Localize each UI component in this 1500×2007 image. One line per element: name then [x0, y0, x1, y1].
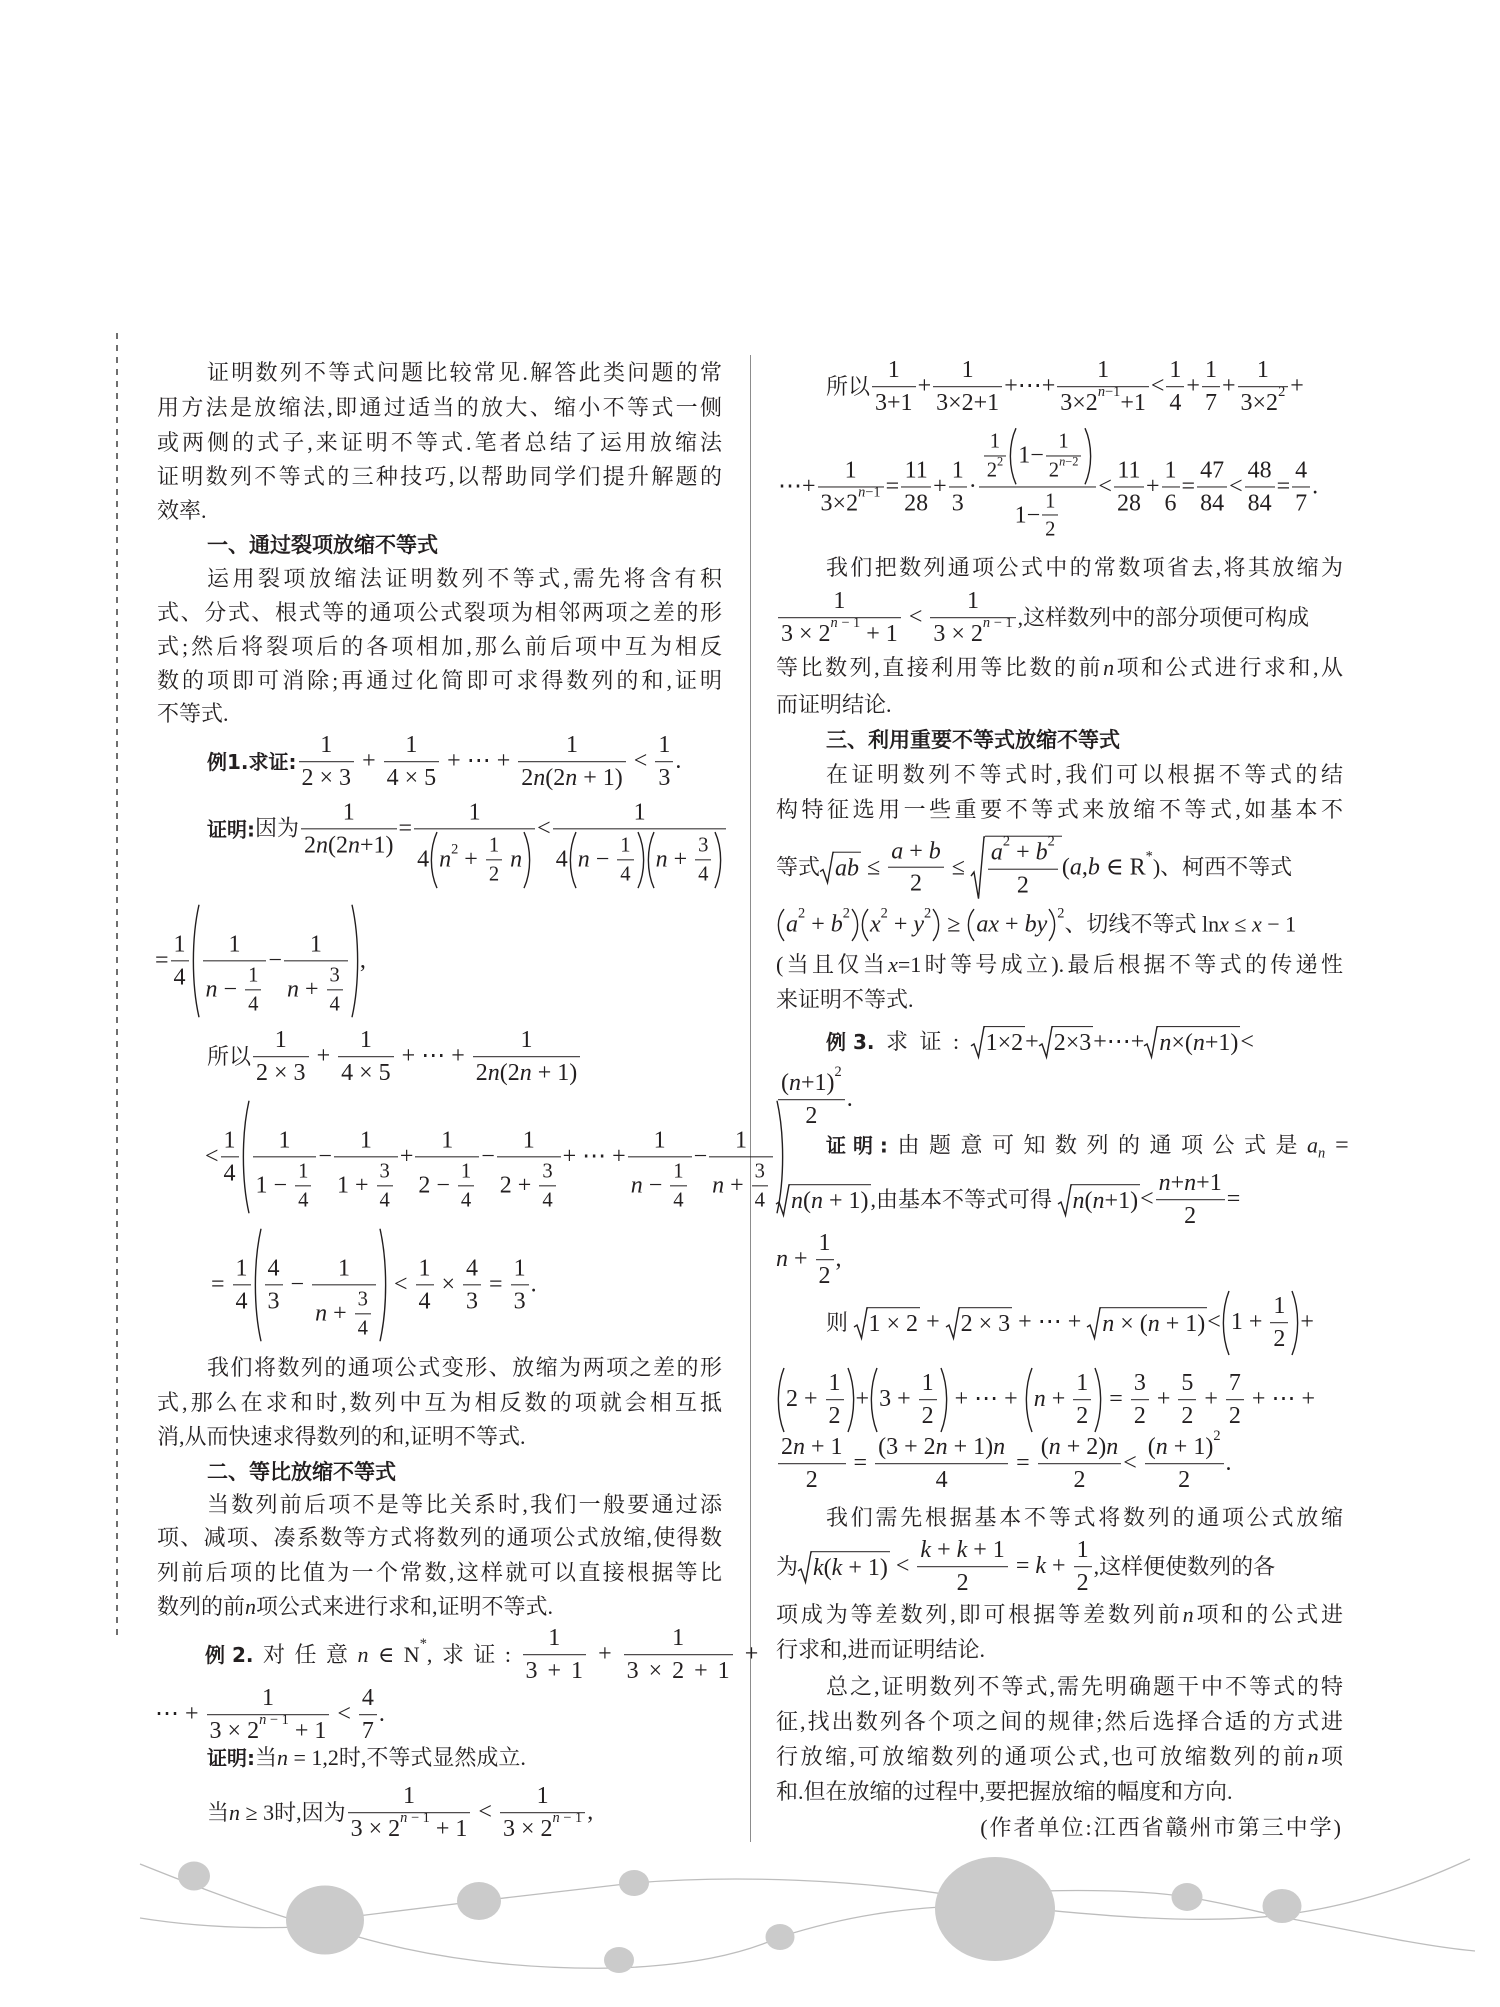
fraction: 4784	[1197, 456, 1227, 518]
fraction: 34	[355, 1287, 371, 1341]
example2-statement: ⋯ + 13 × 2n − 1 + 1 < 47.	[155, 1684, 385, 1746]
math-text: n +	[712, 1171, 750, 1200]
fraction: 34	[377, 1159, 393, 1213]
math-text: 1	[952, 456, 964, 485]
fraction-denominator: 4	[416, 1285, 434, 1316]
math-text: n	[504, 845, 522, 874]
math-text: 3+1	[875, 389, 913, 418]
radicand: 1×2	[985, 1026, 1026, 1058]
math-text: +	[856, 1386, 870, 1415]
math-text: 1	[224, 1126, 236, 1155]
fraction-numerator: 3	[1131, 1369, 1149, 1400]
left-paren-icon	[429, 831, 438, 889]
math-text: 所以	[826, 374, 870, 400]
superscript: n − 1	[831, 616, 861, 630]
math-text: +	[311, 1043, 337, 1072]
math-text: a	[786, 911, 798, 940]
fraction-denominator: 2	[1074, 1567, 1092, 1598]
fraction-denominator: 1 + 34	[334, 1157, 398, 1213]
conclusion-line: 征,找出数列各个项之间的规律;然后选择合适的方式进	[776, 1705, 1343, 1739]
math-text: n +	[656, 845, 694, 874]
paren-content: a2 + b2	[785, 909, 851, 942]
radical-sign-icon	[946, 1307, 960, 1339]
fraction-denominator: 4	[752, 1186, 768, 1213]
fraction-denominator: 3 × 2 + 1	[624, 1655, 733, 1686]
fraction-numerator: n+n+1	[1156, 1169, 1225, 1200]
fraction: 12 − 14	[415, 1126, 479, 1212]
math-text: 2	[1077, 1569, 1089, 1598]
fraction-numerator: 4	[265, 1254, 283, 1285]
left-paren-icon	[241, 1099, 250, 1214]
fraction: 1n + 34	[709, 1126, 773, 1212]
right-paren-icon	[847, 1367, 856, 1433]
radical-sign-icon	[820, 852, 834, 884]
fraction-denominator: 4n − 14n + 34	[553, 829, 727, 889]
fraction-numerator: 1	[1042, 489, 1058, 516]
math-text: +	[918, 373, 932, 402]
math-text: 1	[278, 1126, 290, 1155]
math-text: n×(n+1)	[1159, 1029, 1238, 1058]
fraction-numerator: 1	[348, 1782, 471, 1813]
math-text: 4	[298, 1188, 308, 1213]
bold-label: 证 明 :	[826, 1134, 888, 1158]
right-paren-icon	[851, 909, 860, 942]
math-text: 1	[962, 356, 974, 385]
fraction-denominator: 2n(2n + 1)	[473, 1057, 581, 1088]
math-text: +	[400, 1143, 414, 1172]
section-heading-1: 一、通过裂项放缩不等式	[157, 528, 722, 562]
math-text: 3	[466, 1287, 478, 1316]
math-text: = k +	[1010, 1553, 1072, 1582]
math-text: ≤	[861, 854, 886, 883]
fraction-numerator: 3	[752, 1159, 768, 1186]
math-text: ,	[836, 1246, 842, 1275]
math-text: −	[694, 1143, 708, 1172]
fraction: 14	[245, 963, 261, 1017]
radicand: 1 × 2	[868, 1307, 921, 1339]
math-text: 1	[338, 1254, 350, 1283]
math-text: 1	[829, 1369, 841, 1398]
intro-line: 效率.	[157, 494, 722, 528]
math-text: 当n = 1,2时,不等式显然成立.	[255, 1745, 526, 1771]
fraction-numerator: 1	[253, 1026, 309, 1057]
math-text: +	[1186, 373, 1200, 402]
math-text: 3×2	[1060, 389, 1098, 418]
left-paren-icon	[568, 831, 577, 889]
math-text: 1	[275, 1026, 287, 1055]
math-text: <	[1240, 1028, 1254, 1057]
example3-statement: (n+1)22.	[776, 1069, 853, 1131]
bold-label: 证明:	[207, 817, 255, 841]
math-text: n +	[1034, 1386, 1072, 1415]
math-text: (n+1)	[781, 1069, 835, 1098]
math-text: 1	[1257, 356, 1269, 385]
superscript: n − 1	[983, 616, 1013, 630]
fraction-numerator: 1	[284, 930, 348, 961]
math-text: 1	[236, 1254, 248, 1283]
math-text: +	[1300, 1309, 1314, 1338]
math-text: n −	[206, 975, 244, 1004]
parenthesized-group: n + 12	[1024, 1367, 1104, 1433]
math-text: 1−	[1018, 442, 1044, 471]
left-paren-icon	[869, 1367, 878, 1433]
fraction-denominator: 3×2n−1+1	[1057, 387, 1149, 418]
math-text: 1	[1097, 356, 1109, 385]
fraction: 1n − 14	[203, 930, 267, 1016]
math-text: −	[318, 1143, 332, 1172]
fraction-denominator: 4	[245, 990, 261, 1017]
section3-math-line: 等式ab ≤ a + b2 ≤ a2 + b22(a,b ∈ R*)、柯西不等式	[776, 836, 1292, 901]
fraction-numerator: 4	[359, 1684, 377, 1715]
example3-statement: 例 3. 求 证 : 1×2+2×3+⋯+n×(n+1)<	[826, 1026, 1254, 1058]
fraction-numerator: 1	[415, 1126, 479, 1157]
decorative-bubble-vine-icon	[0, 1840, 1500, 2007]
fraction-denominator: 2	[826, 1400, 844, 1431]
example1-proof-step: <1411 − 14−11 + 34+12 − 14−12 + 34+ ⋯ +1…	[205, 1099, 785, 1214]
fraction-numerator: 3	[327, 963, 343, 990]
bold-label: 证明:	[207, 1746, 255, 1770]
fraction: 13×2n−1+1	[1057, 356, 1149, 418]
fraction-numerator: 48	[1245, 456, 1275, 487]
section1-line: 式;然后将裂项后的各项相加,那么前后项中互为相反	[157, 630, 722, 664]
math-text: 2	[1229, 1402, 1241, 1431]
math-text: 由 题 意 可 知 数 列 的 通 项 公 式 是 a	[888, 1133, 1318, 1159]
fraction-denominator: 7	[359, 1715, 377, 1746]
section3-line: 在证明数列不等式时,我们可以根据不等式的结	[776, 758, 1343, 792]
fraction: 12	[826, 1369, 844, 1431]
math-text: 4	[542, 1188, 552, 1213]
fraction: 12	[486, 833, 502, 887]
math-text: 7	[1229, 1369, 1241, 1398]
fraction: n+n+12	[1156, 1169, 1225, 1231]
fraction: 1221−12n−21−12	[979, 427, 1097, 542]
fraction: 1n + 34	[284, 930, 348, 1016]
fraction-numerator: (n + 2)n	[1038, 1433, 1122, 1464]
math-text: 2	[1045, 518, 1055, 543]
math-text: 3	[380, 1159, 390, 1184]
parenthesized-group: a2 + b2	[776, 909, 860, 942]
math-text: 11	[1117, 456, 1140, 485]
fraction-denominator: 4	[327, 990, 343, 1017]
math-text: + ⋯ +	[1012, 1309, 1087, 1338]
math-text: 1	[548, 1624, 560, 1653]
fraction-denominator: 2	[1226, 1400, 1244, 1431]
math-text: ,由基本不等式可得	[871, 1187, 1058, 1213]
fraction-denominator: 2	[1042, 516, 1058, 543]
math-text: 1	[523, 1126, 535, 1155]
square-root: n(n + 1)	[776, 1184, 871, 1216]
section2-line: 项、减项、凑系数等方式将数列的通项公式放缩,使得数	[157, 1521, 722, 1555]
radical-sign-icon	[798, 1551, 812, 1583]
fraction-numerator: (3 + 2n + 1)n	[875, 1433, 1008, 1464]
fraction-numerator: 1	[617, 833, 633, 860]
math-text: 3 + 1	[526, 1657, 584, 1686]
paren-content: 3 + 12	[878, 1367, 940, 1433]
math-text: 2×3	[1054, 1029, 1092, 1058]
math-text: 4	[461, 1188, 471, 1213]
math-text: 1	[967, 587, 979, 616]
fraction-denominator: 2n−2	[1046, 456, 1082, 483]
fraction-denominator: 28	[1114, 487, 1144, 518]
paren-content: n + 12	[1033, 1367, 1095, 1433]
fraction-numerator: 1	[1057, 356, 1149, 387]
math-text: 4	[236, 1287, 248, 1316]
math-text: + b	[1010, 839, 1048, 868]
fraction-denominator: 3	[949, 487, 967, 518]
fraction: 14	[1166, 356, 1184, 418]
fraction-denominator: 4	[695, 860, 711, 887]
fraction-numerator: 1	[207, 1684, 330, 1715]
remark2-line: 等比数列,直接利用等比数的前n项和公式进行求和,从	[776, 651, 1343, 685]
right-paren-icon	[523, 831, 532, 889]
math-text: 2n + 1	[781, 1433, 843, 1462]
math-text: ≥	[941, 911, 966, 940]
math-text: .	[847, 1086, 853, 1115]
section1-line: 式、分式、根式等的通项公式裂项为相邻两项之差的形	[157, 596, 722, 630]
fraction: 12	[816, 1229, 834, 1291]
math-text: +	[1025, 1028, 1039, 1057]
fraction-denominator: n + 34	[312, 1285, 376, 1341]
math-text: 3	[698, 833, 708, 858]
math-text: 2 −	[418, 1171, 456, 1200]
math-text: 3×2	[821, 489, 859, 518]
radicand: ab	[834, 852, 861, 884]
math-text: 1	[521, 1026, 533, 1055]
math-text: 4	[698, 862, 708, 887]
fraction: 13 + 1	[523, 1624, 587, 1686]
math-text: k(k + 1)	[813, 1554, 888, 1583]
fraction: 14	[670, 1159, 686, 1213]
math-text: 2	[1073, 1466, 1085, 1495]
math-text: 2 +	[500, 1171, 538, 1200]
example2-statement: 例 2. 对 任 意 n ∈ N*, 求 证 : 13 + 1 + 13 × 2…	[205, 1624, 758, 1686]
fraction-numerator: 1	[312, 1254, 376, 1285]
math-text: 1	[990, 429, 1000, 454]
fraction-denominator: 3×2n−1	[818, 487, 884, 518]
left-paren-icon	[1221, 1290, 1230, 1356]
math-text: +	[1198, 1386, 1224, 1415]
fraction: 13 × 2n − 1	[930, 587, 1015, 649]
section1-line: 不等式.	[157, 697, 722, 731]
fraction-numerator: 1	[338, 1026, 394, 1057]
math-text: +	[1151, 1386, 1177, 1415]
section1-line: 数的项即可消除;再通过化简即可求得数列的和,证明	[157, 664, 722, 698]
math-text: +	[1146, 473, 1160, 502]
math-text: +	[735, 1641, 759, 1670]
fraction-denominator: 2	[1270, 1323, 1288, 1354]
fraction-denominator: 2	[778, 1464, 846, 1495]
fraction-denominator: 28	[901, 487, 931, 518]
fraction-numerator: 3	[539, 1159, 555, 1186]
math-text: 3 × 2	[781, 620, 831, 649]
fraction: 14	[416, 1254, 434, 1316]
math-text: 4	[673, 1188, 683, 1213]
parenthesized-group: 2 + 12	[776, 1367, 856, 1433]
math-text: 1	[1205, 356, 1217, 385]
fraction: 13	[949, 456, 967, 518]
left-paren-icon	[776, 1367, 785, 1433]
fraction-numerator: 1	[414, 798, 535, 829]
fraction-numerator: 1	[171, 930, 189, 961]
radicand: 2 × 3	[960, 1307, 1013, 1339]
math-text: + 1	[289, 1717, 327, 1746]
math-text: 11	[905, 456, 928, 485]
math-text: + ⋯ +	[1246, 1386, 1315, 1415]
radicand: n(n + 1)	[790, 1184, 871, 1216]
math-text: + y	[888, 911, 924, 940]
section2-line: 数列的前n项公式来进行求和,证明不等式.	[157, 1590, 722, 1624]
parenthesized-group: n − 14	[568, 831, 646, 889]
fraction-numerator: 1	[233, 1254, 251, 1285]
math-text: +⋯+	[1093, 1028, 1144, 1057]
fraction-denominator: 4	[295, 1186, 311, 1213]
math-text: 3 +	[879, 1386, 917, 1415]
fraction-denominator: 22	[984, 456, 1007, 483]
math-text: 6	[1165, 489, 1177, 518]
math-text: 4	[419, 1287, 431, 1316]
fraction: 72	[1226, 1369, 1244, 1431]
fraction-numerator: 1	[1202, 356, 1220, 387]
math-text: =	[886, 473, 900, 502]
parenthesized-group: 43 − 1n + 34	[253, 1227, 388, 1342]
math-text: 1	[262, 1684, 274, 1713]
fraction-denominator: n + 34	[709, 1157, 773, 1213]
remark3-math-line: 为k(k + 1) < k + k + 12 = k + 12,这样便使数列的各	[776, 1536, 1275, 1598]
math-text: 1	[405, 731, 417, 760]
math-text: 2	[1273, 1325, 1285, 1354]
superscript: 2	[843, 907, 850, 921]
math-text: n +	[776, 1246, 814, 1275]
remark3-line: 项成为等差数列,即可根据等差数列前n项和的公式进	[776, 1598, 1343, 1632]
fraction: 43	[265, 1254, 283, 1316]
fraction-numerator: 1	[301, 798, 397, 829]
math-text: 1	[845, 456, 857, 485]
math-text: =	[1010, 1450, 1036, 1479]
math-text: 48	[1248, 456, 1272, 485]
fraction-numerator: 1	[299, 731, 355, 762]
fraction-numerator: 1	[1166, 356, 1184, 387]
fraction-denominator: 4	[617, 860, 633, 887]
fraction-denominator: 2	[1073, 1400, 1091, 1431]
math-text: 1	[1058, 429, 1068, 454]
math-text: .	[1226, 1450, 1232, 1479]
fraction-numerator: 1	[624, 1624, 733, 1655]
math-text: ⋯ +	[155, 1701, 205, 1730]
fraction-denominator: 3	[463, 1285, 481, 1316]
fraction: 4884	[1245, 456, 1275, 518]
section1-line: 运用裂项放缩法证明数列不等式,需先将含有积	[157, 562, 722, 596]
section3-line: (当且仅当x=1时等号成立).最后根据不等式的传递性	[776, 948, 1343, 982]
fraction: 12n(2n + 1)	[473, 1026, 581, 1088]
math-text: 2	[805, 1102, 817, 1131]
remark2-line: 而证明结论.	[776, 688, 1343, 722]
left-paren-icon	[1024, 1367, 1033, 1433]
left-paren-icon	[646, 831, 655, 889]
square-root: n(n+1)	[1058, 1184, 1141, 1216]
fraction-denominator: 3×22	[1238, 387, 1289, 418]
fraction-denominator: 2	[919, 1400, 937, 1431]
paren-content: ax + by	[975, 909, 1048, 942]
math-text: 4 × 5	[341, 1059, 391, 1088]
fraction: 12 × 3	[253, 1026, 309, 1088]
math-text: 则	[826, 1310, 854, 1336]
fraction-denominator: 84	[1245, 487, 1275, 518]
fraction-denominator: 4	[458, 1186, 474, 1213]
right-paren-icon	[1048, 909, 1057, 942]
intro-line: 或两侧的式子,来证明不等式.笔者总结了运用放缩法	[157, 426, 722, 460]
fraction: 2n + 12	[778, 1433, 846, 1495]
math-text: 1	[489, 833, 499, 858]
fraction: 12	[1270, 1292, 1288, 1354]
math-text: 1 +	[1231, 1309, 1269, 1338]
math-text: .	[379, 1701, 385, 1730]
remark1-line: 式,那么在求和时,数列中互为相反数的项就会相互抵	[157, 1386, 722, 1420]
example3-proof-step: n(n + 1),由基本不等式可得 n(n+1)<n+n+12=	[776, 1169, 1240, 1231]
math-text: 4	[174, 963, 186, 992]
math-text: + 1	[860, 620, 898, 649]
math-text: a + b	[891, 837, 941, 866]
math-text: <	[1207, 1309, 1221, 1338]
fraction-denominator: 4	[377, 1186, 393, 1213]
fraction: 43	[463, 1254, 481, 1316]
math-text: 3 × 2	[210, 1717, 260, 1746]
math-text: 1	[1273, 1292, 1285, 1321]
math-text: +	[1290, 373, 1304, 402]
math-text: <	[903, 604, 929, 633]
fraction: 1n − 14	[628, 1126, 692, 1212]
paren-content: n2 + 12 n	[438, 831, 523, 889]
remark1-line: 消,从而快速求得数列的和,证明不等式.	[157, 1420, 722, 1454]
fraction-denominator: 2	[988, 870, 1058, 901]
fraction-denominator: n − 14	[628, 1157, 692, 1213]
math-text: +	[1222, 373, 1236, 402]
math-text: n −	[631, 1171, 669, 1200]
fraction: 12	[1073, 1369, 1091, 1431]
conclusion-line: 和.但在放缩的过程中,要把握放缩的幅度和方向.	[776, 1775, 1343, 1809]
math-text: 1	[735, 1126, 747, 1155]
left-paren-icon	[860, 909, 869, 942]
fraction-denominator: 2	[1145, 1464, 1224, 1495]
fraction: a + b2	[888, 837, 944, 899]
superscript: *	[1146, 850, 1153, 864]
math-text: ·	[969, 473, 977, 502]
math-text: 1	[403, 1782, 415, 1811]
fraction: 12	[1042, 489, 1058, 543]
superscript: 2	[1048, 835, 1055, 849]
parenthesized-group: 1−12n−2	[1008, 427, 1093, 485]
math-text: 7	[362, 1717, 374, 1746]
superscript: 2	[835, 1066, 842, 1080]
fraction-numerator: 5	[1178, 1369, 1196, 1400]
math-text: 84	[1248, 489, 1272, 518]
example3-proof-step: 证 明 : 由 题 意 可 知 数 列 的 通 项 公 式 是 an =	[826, 1132, 1349, 1161]
left-paren-icon	[966, 909, 975, 942]
square-root: 1 × 2	[854, 1307, 921, 1339]
example2-proof-step: 当n ≥ 3时,因为13 × 2n − 1 + 1 < 13 × 2n − 1,	[207, 1782, 593, 1844]
math-text: +	[920, 1309, 946, 1338]
right-paren-icon	[637, 831, 646, 889]
math-text: 3 × 2 + 1	[627, 1657, 730, 1686]
math-text: 1 −	[256, 1171, 294, 1200]
math-text: 1	[1045, 489, 1055, 514]
section2-line: 当数列前后项不是等比关系时,我们一般要通过添	[157, 1488, 722, 1522]
example1-proof-step: 所以12 × 3 + 14 × 5 + ⋯ + 12n(2n + 1)	[207, 1026, 582, 1088]
fraction: (n + 1)22	[1145, 1433, 1224, 1495]
math-text: a	[991, 839, 1003, 868]
fraction-numerator: 1	[1074, 1536, 1092, 1567]
example1-proof-step: =141n − 14−1n + 34,	[155, 903, 366, 1018]
square-root: k(k + 1)	[798, 1551, 890, 1583]
